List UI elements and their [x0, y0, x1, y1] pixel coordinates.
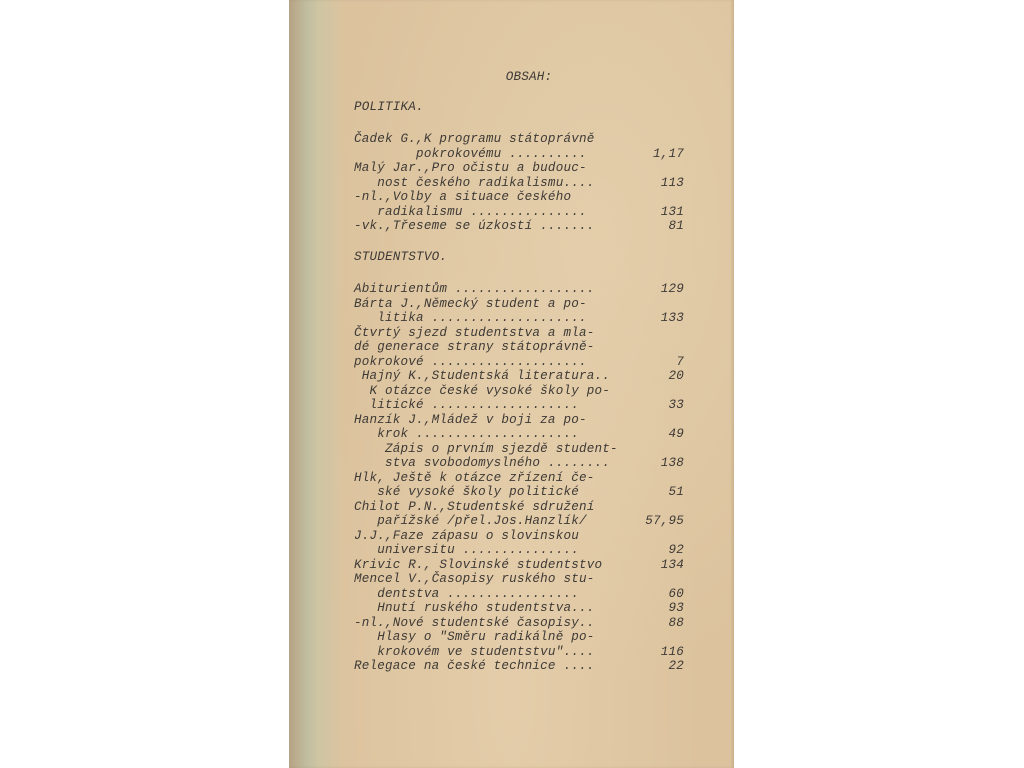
entry-page-number: 133 — [661, 311, 684, 326]
toc-entry-line: krokovém ve studentstvu"....116 — [354, 645, 684, 660]
toc-entry-line: K otázce české vysoké školy po- — [354, 384, 684, 399]
toc-entry-line: Malý Jar.,Pro očistu a budouc- — [354, 161, 684, 176]
entry-text: nost českého radikalismu.... — [354, 176, 594, 191]
toc-entry-line: radikalismu ...............131 — [354, 205, 684, 220]
entry-page-number: 134 — [661, 558, 684, 573]
toc-entry-line: Hlk, Ještě k otázce zřízení če- — [354, 471, 684, 486]
entry-text: -nl.,Volby a situace českého — [354, 190, 571, 205]
entry-page-number: 49 — [668, 427, 684, 442]
toc-entry-line: pokrokovému ..........1,17 — [354, 147, 684, 162]
toc-entry-line: krok .....................49 — [354, 427, 684, 442]
section-heading: STUDENTSTVO. — [354, 250, 684, 265]
toc-entry-line: litické ...................33 — [354, 398, 684, 413]
entry-text: Čadek G.,K programu státoprávně — [354, 132, 594, 147]
toc-entry-line: J.J.,Faze zápasu o slovinskou — [354, 529, 684, 544]
toc-entry-line: Abiturientům ..................129 — [354, 282, 684, 297]
entry-page-number: 57,95 — [645, 514, 684, 529]
toc-entry-line: nost českého radikalismu....113 — [354, 176, 684, 191]
entry-text: K otázce české vysoké školy po- — [354, 384, 610, 399]
toc-entry-line: universitu ...............92 — [354, 543, 684, 558]
entry-text: -nl.,Nové studentské časopisy.. — [354, 616, 594, 631]
section-heading: POLITIKA. — [354, 100, 684, 115]
toc-entry-line: Čadek G.,K programu státoprávně — [354, 132, 684, 147]
entry-page-number: 1,17 — [653, 147, 684, 162]
toc-entry-line: Relegace na české technice ....22 — [354, 659, 684, 674]
toc-entry-line: -nl.,Nové studentské časopisy..88 — [354, 616, 684, 631]
entry-text: Hlasy o "Směru radikálně po- — [354, 630, 594, 645]
toc-entry-line: Mencel V.,Časopisy ruského stu- — [354, 572, 684, 587]
entry-text: Zápis o prvním sjezdě student- — [354, 442, 618, 457]
entry-page-number: 113 — [661, 176, 684, 191]
entry-text: stva svobodomyslného ........ — [354, 456, 610, 471]
toc-section: STUDENTSTVO.Abiturientům ...............… — [354, 250, 684, 674]
toc-entry-line: Krivic R., Slovinské studentstvo134 — [354, 558, 684, 573]
toc-entry-line: dentstva .................60 — [354, 587, 684, 602]
entry-text: Čtvrtý sjezd studentstva a mla- — [354, 326, 594, 341]
entry-text: J.J.,Faze zápasu o slovinskou — [354, 529, 579, 544]
entry-page-number: 92 — [668, 543, 684, 558]
entry-text: Bárta J.,Německý student a po- — [354, 297, 587, 312]
toc-sections: POLITIKA.Čadek G.,K programu státoprávně… — [354, 100, 684, 674]
entry-text: litické ................... — [354, 398, 579, 413]
entry-page-number: 93 — [668, 601, 684, 616]
entry-page-number: 7 — [676, 355, 684, 370]
toc-section: POLITIKA.Čadek G.,K programu státoprávně… — [354, 100, 684, 234]
entry-text: pokrokovému .......... — [354, 147, 587, 162]
toc-entry-line: Hnutí ruského studentstva...93 — [354, 601, 684, 616]
entry-page-number: 138 — [661, 456, 684, 471]
entry-text: Hajný K.,Studentská literatura.. — [354, 369, 610, 384]
entry-text: Hlk, Ještě k otázce zřízení če- — [354, 471, 594, 486]
entry-page-number: 33 — [668, 398, 684, 413]
toc-entry-line: dé generace strany státoprávně- — [354, 340, 684, 355]
toc-entry-line: Hajný K.,Studentská literatura..20 — [354, 369, 684, 384]
toc-entry-line: Čtvrtý sjezd studentstva a mla- — [354, 326, 684, 341]
entry-page-number: 20 — [668, 369, 684, 384]
entry-page-number: 60 — [668, 587, 684, 602]
entry-text: ské vysoké školy politické — [354, 485, 579, 500]
entry-text: radikalismu ............... — [354, 205, 587, 220]
toc-entry-line: litika ....................133 — [354, 311, 684, 326]
entry-page-number: 81 — [668, 219, 684, 234]
entry-text: Relegace na české technice .... — [354, 659, 594, 674]
entry-text: universitu ............... — [354, 543, 579, 558]
entry-text: Mencel V.,Časopisy ruského stu- — [354, 572, 594, 587]
toc-entry-line: pokrokové ....................7 — [354, 355, 684, 370]
entry-text: Krivic R., Slovinské studentstvo — [354, 558, 602, 573]
entry-text: dé generace strany státoprávně- — [354, 340, 594, 355]
toc-entry-line: ské vysoké školy politické51 — [354, 485, 684, 500]
entry-text: krokovém ve studentstvu".... — [354, 645, 594, 660]
entry-text: Chilot P.N.,Studentské sdružení — [354, 500, 594, 515]
entry-text: Abiturientům .................. — [354, 282, 594, 297]
toc-entry-line: Bárta J.,Německý student a po- — [354, 297, 684, 312]
section-entries: Abiturientům ..................129Bárta … — [354, 282, 684, 674]
toc-entry-line: -nl.,Volby a situace českého — [354, 190, 684, 205]
entry-page-number: 129 — [661, 282, 684, 297]
table-of-contents: OBSAH: POLITIKA.Čadek G.,K programu stát… — [354, 70, 684, 690]
entry-text: krok ..................... — [354, 427, 579, 442]
entry-page-number: 131 — [661, 205, 684, 220]
toc-entry-line: Hlasy o "Směru radikálně po- — [354, 630, 684, 645]
toc-entry-line: Zápis o prvním sjezdě student- — [354, 442, 684, 457]
toc-entry-line: stva svobodomyslného ........138 — [354, 456, 684, 471]
toc-entry-line: -vk.,Třeseme se úzkostí .......81 — [354, 219, 684, 234]
entry-text: dentstva ................. — [354, 587, 579, 602]
entry-text: Malý Jar.,Pro očistu a budouc- — [354, 161, 587, 176]
entry-text: Hanzík J.,Mládež v boji za po- — [354, 413, 587, 428]
entry-text: pokrokové .................... — [354, 355, 587, 370]
entry-text: Hnutí ruského studentstva... — [354, 601, 594, 616]
toc-entry-line: pařížské /přel.Jos.Hanzlík/57,95 — [354, 514, 684, 529]
entry-text: -vk.,Třeseme se úzkostí ....... — [354, 219, 594, 234]
entry-page-number: 22 — [668, 659, 684, 674]
entry-text: pařížské /přel.Jos.Hanzlík/ — [354, 514, 587, 529]
entry-text: litika .................... — [354, 311, 587, 326]
entry-page-number: 88 — [668, 616, 684, 631]
entry-page-number: 51 — [668, 485, 684, 500]
toc-entry-line: Chilot P.N.,Studentské sdružení — [354, 500, 684, 515]
toc-title: OBSAH: — [354, 70, 684, 85]
toc-entry-line: Hanzík J.,Mládež v boji za po- — [354, 413, 684, 428]
entry-page-number: 116 — [661, 645, 684, 660]
section-entries: Čadek G.,K programu státoprávně pokrokov… — [354, 132, 684, 234]
